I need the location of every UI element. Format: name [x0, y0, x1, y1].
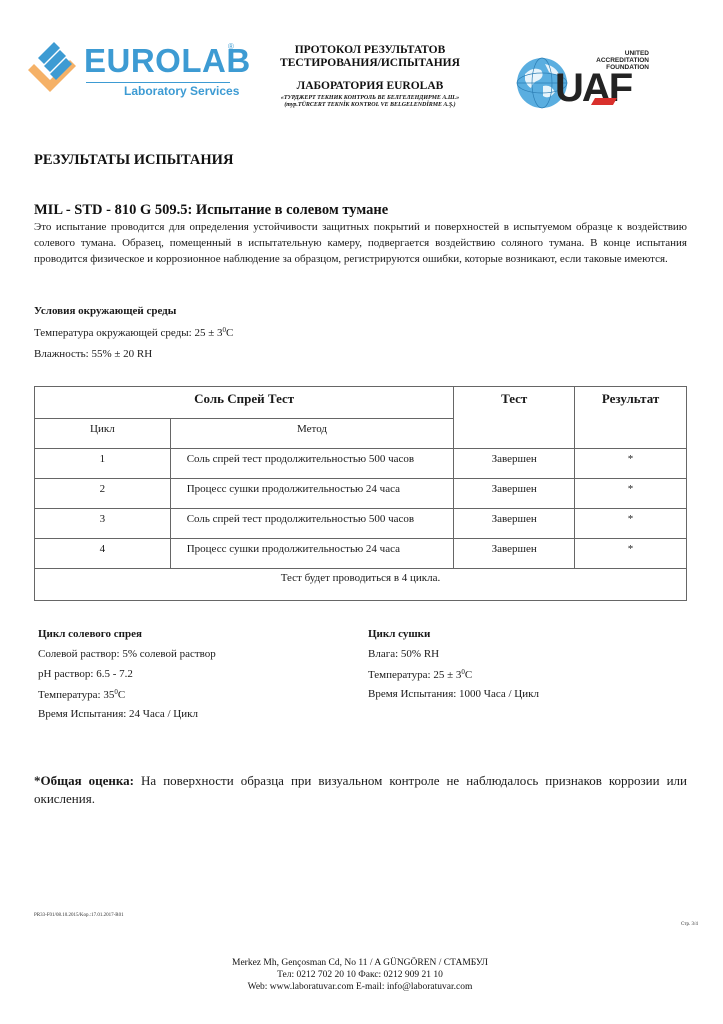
method-cell: Соль спрей тест продолжительностью 500 ч… — [170, 509, 454, 539]
lab-legal-name-tr: (тур.TÜRCERT TEKNİK KONTROL VE BELGELEND… — [230, 102, 510, 108]
test-title: MIL - STD - 810 G 509.5: Испытание в сол… — [34, 202, 388, 219]
cycle-cell: 2 — [35, 479, 171, 509]
brand-tagline: Laboratory Services — [124, 84, 239, 98]
footer-web: Web: www.laboratuvar.com E-mail: info@la… — [160, 981, 560, 993]
salt-duration: Время Испытания: 24 Часа / Цикл — [38, 708, 198, 720]
method-cell: Соль спрей тест продолжительностью 500 ч… — [170, 449, 454, 479]
report-title-line2: ТЕСТИРОВАНИЯ/ИСПЫТАНИЯ — [230, 57, 510, 70]
report-header: ПРОТОКОЛ РЕЗУЛЬТАТОВ ТЕСТИРОВАНИЯ/ИСПЫТА… — [230, 44, 510, 108]
col-header-cycle: Цикл — [35, 419, 171, 449]
drying-cycle-title: Цикл сушки — [368, 628, 430, 640]
test-description: Это испытание проводится для определения… — [34, 219, 687, 267]
uaf-accent — [591, 98, 617, 105]
test-status-cell: Завершен — [454, 509, 575, 539]
table-group-header: Соль Спрей Тест — [35, 387, 454, 419]
result-cell: * — [575, 479, 687, 509]
cycle-cell: 3 — [35, 509, 171, 539]
ambient-temperature: Температура окружающей среды: 25 ± 30C — [34, 326, 233, 339]
drying-humidity: Влага: 50% RH — [368, 648, 439, 660]
eurolab-mark-icon — [24, 40, 80, 96]
uaf-logo: UNITED ACCREDITATION FOUNDATION UAF — [515, 50, 695, 110]
test-status-cell: Завершен — [454, 539, 575, 569]
result-cell: * — [575, 539, 687, 569]
table-row: 1 Соль спрей тест продолжительностью 500… — [35, 449, 687, 479]
overall-assessment: *Общая оценка: На поверхности образца пр… — [34, 772, 687, 808]
table-footer-note: Тест будет проводиться в 4 цикла. — [35, 569, 687, 601]
assessment-label: *Общая оценка: — [34, 773, 134, 788]
salt-ph: pH раствор: 6.5 - 7.2 — [38, 668, 133, 680]
footer-address: Merkez Mh, Gençosman Cd, No 11 / A GÜNGÖ… — [160, 957, 560, 969]
salt-temperature: Температура: 350C — [38, 688, 125, 701]
table-row: 2 Процесс сушки продолжительностью 24 ча… — [35, 479, 687, 509]
col-header-result: Результат — [575, 387, 687, 449]
cycle-cell: 4 — [35, 539, 171, 569]
page-number: Стр. 3/4 — [681, 922, 698, 927]
lab-name: ЛАБОРАТОРИЯ EUROLAB — [230, 80, 510, 92]
drying-duration: Время Испытания: 1000 Часа / Цикл — [368, 688, 539, 700]
logo-divider — [86, 82, 230, 83]
col-header-test: Тест — [454, 387, 575, 449]
table-row: 4 Процесс сушки продолжительностью 24 ча… — [35, 539, 687, 569]
lab-legal-name-ru: «ТУРДЖЕРТ ТЕКНИК КОНТРОЛЬ ВЕ БЕЛГЕЛЕНДИР… — [230, 95, 510, 101]
footer-phones: Тел: 0212 702 20 10 Факс: 0212 909 21 10 — [160, 969, 560, 981]
brand-name: EUROLAB — [84, 44, 251, 77]
environment-title: Условия окружающей среды — [34, 305, 176, 317]
result-cell: * — [575, 509, 687, 539]
eurolab-logo: EUROLAB ® Laboratory Services — [24, 38, 244, 98]
drying-temperature: Температура: 25 ± 30C — [368, 668, 472, 681]
method-cell: Процесс сушки продолжительностью 24 часа — [170, 479, 454, 509]
salt-cycle-title: Цикл солевого спрея — [38, 628, 142, 640]
cycle-cell: 1 — [35, 449, 171, 479]
report-title-line1: ПРОТОКОЛ РЕЗУЛЬТАТОВ — [230, 44, 510, 57]
table-row: 3 Соль спрей тест продолжительностью 500… — [35, 509, 687, 539]
document-code: PR33-F01/08.10.2015/Kop.:17.01.2017-R01 — [34, 913, 124, 918]
section-title: РЕЗУЛЬТАТЫ ИСПЫТАНИЯ — [34, 152, 233, 169]
results-table: Соль Спрей Тест Тест Результат Цикл Мето… — [34, 386, 687, 601]
salt-solution: Солевой раствор: 5% солевой раствор — [38, 648, 216, 660]
result-cell: * — [575, 449, 687, 479]
test-status-cell: Завершен — [454, 479, 575, 509]
ambient-humidity: Влажность: 55% ± 20 RH — [34, 348, 152, 360]
footer-contact: Merkez Mh, Gençosman Cd, No 11 / A GÜNGÖ… — [160, 957, 560, 993]
col-header-method: Метод — [170, 419, 454, 449]
method-cell: Процесс сушки продолжительностью 24 часа — [170, 539, 454, 569]
test-status-cell: Завершен — [454, 449, 575, 479]
